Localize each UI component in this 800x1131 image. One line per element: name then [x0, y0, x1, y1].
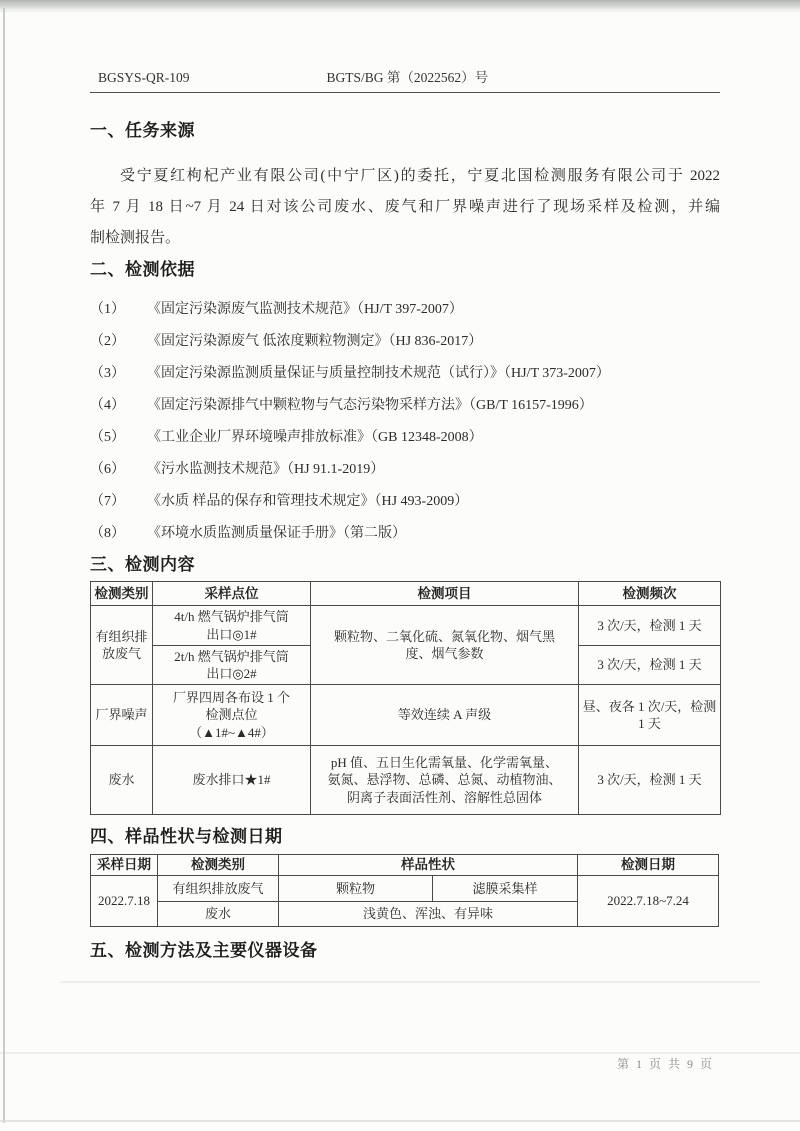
- scan-streak: [60, 981, 760, 983]
- list-item: （7） 《水质 样品的保存和管理技术规定》（HJ 493-2009）: [90, 484, 720, 516]
- list-item: （5） 《工业企业厂界环境噪声排放标准》（GB 12348-2008）: [90, 420, 720, 452]
- column-header-sampling-point: 采样点位: [153, 582, 311, 606]
- list-item-text: 《固定污染源监测质量保证与质量控制技术规范（试行）》（HJ/T 373-2007…: [147, 362, 610, 382]
- document-page: BGSYS-QR-109 BGTS/BG 第（2022562）号 一、任务来源 …: [90, 0, 720, 962]
- column-header-sample-state: 样品性状: [279, 855, 578, 876]
- document-code: BGSYS-QR-109: [98, 70, 190, 86]
- table-row: 厂界噪声 厂界四周各布设 1 个 检测点位 （▲1#~▲4#） 等效连续 A 声…: [91, 685, 721, 746]
- cell-category-water: 废水: [158, 902, 279, 927]
- list-item-number: （8）: [90, 522, 147, 542]
- list-item-text: 《固定污染源排气中颗粒物与气态污染物采样方法》（GB/T 16157-1996）: [147, 394, 593, 414]
- list-item-number: （4）: [90, 394, 147, 414]
- table-row: 2022.7.18 有组织排放废气 颗粒物 滤膜采集样 2022.7.18~7.…: [91, 876, 719, 902]
- list-item-text: 《工业企业厂界环境噪声排放标准》（GB 12348-2008）: [147, 426, 483, 446]
- table-header-row: 采样日期 检测类别 样品性状 检测日期: [91, 855, 719, 876]
- sample-table: 采样日期 检测类别 样品性状 检测日期 2022.7.18 有组织排放废气 颗粒…: [90, 854, 719, 927]
- paragraph-line: 制检测报告。: [90, 223, 720, 254]
- task-source-paragraph: 受宁夏红枸杞产业有限公司(中宁厂区)的委托，宁夏北国检测服务有限公司于 2022…: [90, 161, 720, 254]
- list-item-text: 《污水监测技术规范》（HJ 91.1-2019）: [147, 458, 384, 478]
- list-item: （2） 《固定污染源废气 低浓度颗粒物测定》（HJ 836-2017）: [90, 324, 720, 356]
- list-item: （6） 《污水监测技术规范》（HJ 91.1-2019）: [90, 452, 720, 484]
- section-5-title: 五、检测方法及主要仪器设备: [90, 940, 720, 962]
- table-row: 有组织排放废气 4t/h 燃气锅炉排气筒 出口◎1# 颗粒物、二氧化硫、氮氧化物…: [91, 606, 721, 646]
- list-item-text: 《固定污染源废气监测技术规范》（HJ/T 397-2007）: [147, 298, 463, 318]
- scan-edge-left: [3, 8, 5, 1123]
- list-item-number: （2）: [90, 330, 147, 350]
- page-number: 第 1 页 共 9 页: [617, 1055, 714, 1072]
- list-item-number: （6）: [90, 458, 147, 478]
- column-header-items: 检测项目: [311, 582, 579, 606]
- cell-noise-category: 厂界噪声: [91, 685, 153, 746]
- column-header-category: 检测类别: [91, 582, 153, 606]
- report-number: BGTS/BG 第（2022562）号: [327, 66, 489, 86]
- list-item-number: （7）: [90, 490, 147, 510]
- list-item: （4） 《固定污染源排气中颗粒物与气态污染物采样方法》（GB/T 16157-1…: [90, 388, 720, 420]
- list-item-text: 《水质 样品的保存和管理技术规定》（HJ 493-2009）: [147, 490, 468, 510]
- cell-boiler-4t-point: 4t/h 燃气锅炉排气筒 出口◎1#: [153, 606, 311, 646]
- paragraph-line: 年 7 月 18 日~7 月 24 日对该公司废水、废气和厂界噪声进行了现场采样…: [90, 192, 720, 223]
- column-header-frequency: 检测频次: [579, 582, 721, 606]
- column-header-test-date: 检测日期: [578, 855, 719, 876]
- basis-list: （1） 《固定污染源废气监测技术规范》（HJ/T 397-2007） （2） 《…: [90, 292, 720, 548]
- list-item-number: （1）: [90, 298, 147, 318]
- cell-sample-item: 颗粒物: [279, 876, 433, 902]
- list-item-number: （5）: [90, 426, 147, 446]
- list-item-text: 《环境水质监测质量保证手册》（第二版）: [147, 522, 406, 542]
- cell-frequency-2: 3 次/天，检测 1 天: [579, 646, 721, 685]
- list-item-text: 《固定污染源废气 低浓度颗粒物测定》（HJ 836-2017）: [147, 330, 482, 350]
- cell-sample-state-water: 浅黄色、浑浊、有异味: [279, 902, 578, 927]
- content-table: 检测类别 采样点位 检测项目 检测频次 有组织排放废气 4t/h 燃气锅炉排气筒…: [90, 581, 721, 815]
- section-1-title: 一、任务来源: [90, 120, 720, 142]
- cell-water-point: 废水排口★1#: [153, 746, 311, 815]
- scan-streak: [0, 1052, 800, 1054]
- list-item-number: （3）: [90, 362, 147, 382]
- cell-category-gas: 有组织排放废气: [158, 876, 279, 902]
- cell-gas-category: 有组织排放废气: [91, 606, 153, 685]
- cell-sample-state-gas: 滤膜采集样: [433, 876, 578, 902]
- column-header-sampling-date: 采样日期: [91, 855, 158, 876]
- cell-frequency-1: 3 次/天，检测 1 天: [579, 606, 721, 646]
- cell-noise-frequency: 昼、夜各 1 次/天，检测 1 天: [579, 685, 721, 746]
- cell-noise-points: 厂界四周各布设 1 个 检测点位 （▲1#~▲4#）: [153, 685, 311, 746]
- table-header-row: 检测类别 采样点位 检测项目 检测频次: [91, 582, 721, 606]
- cell-boiler-2t-point: 2t/h 燃气锅炉排气筒 出口◎2#: [153, 646, 311, 685]
- table-row: 废水 废水排口★1# pH 值、五日生化需氧量、化学需氧量、 氨氮、悬浮物、总磷…: [91, 746, 721, 815]
- document-header: BGSYS-QR-109 BGTS/BG 第（2022562）号: [90, 66, 720, 93]
- cell-water-items: pH 值、五日生化需氧量、化学需氧量、 氨氮、悬浮物、总磷、总氮、动植物油、 阴…: [311, 746, 579, 815]
- paragraph-line: 受宁夏红枸杞产业有限公司(中宁厂区)的委托，宁夏北国检测服务有限公司于 2022: [90, 161, 720, 192]
- scan-edge-bottom: [0, 1120, 800, 1122]
- cell-test-date-range: 2022.7.18~7.24: [578, 876, 719, 927]
- cell-noise-item: 等效连续 A 声级: [311, 685, 579, 746]
- cell-water-category: 废水: [91, 746, 153, 815]
- cell-water-frequency: 3 次/天，检测 1 天: [579, 746, 721, 815]
- section-4-title: 四、样品性状与检测日期: [90, 826, 720, 848]
- list-item: （8） 《环境水质监测质量保证手册》（第二版）: [90, 516, 720, 548]
- list-item: （1） 《固定污染源废气监测技术规范》（HJ/T 397-2007）: [90, 292, 720, 324]
- cell-sampling-date: 2022.7.18: [91, 876, 158, 927]
- section-3-title: 三、检测内容: [90, 554, 720, 576]
- cell-gas-items: 颗粒物、二氧化硫、氮氧化物、烟气黑 度、烟气参数: [311, 606, 579, 685]
- list-item: （3） 《固定污染源监测质量保证与质量控制技术规范（试行）》（HJ/T 373-…: [90, 356, 720, 388]
- section-2-title: 二、检测依据: [90, 259, 720, 281]
- column-header-category: 检测类别: [158, 855, 279, 876]
